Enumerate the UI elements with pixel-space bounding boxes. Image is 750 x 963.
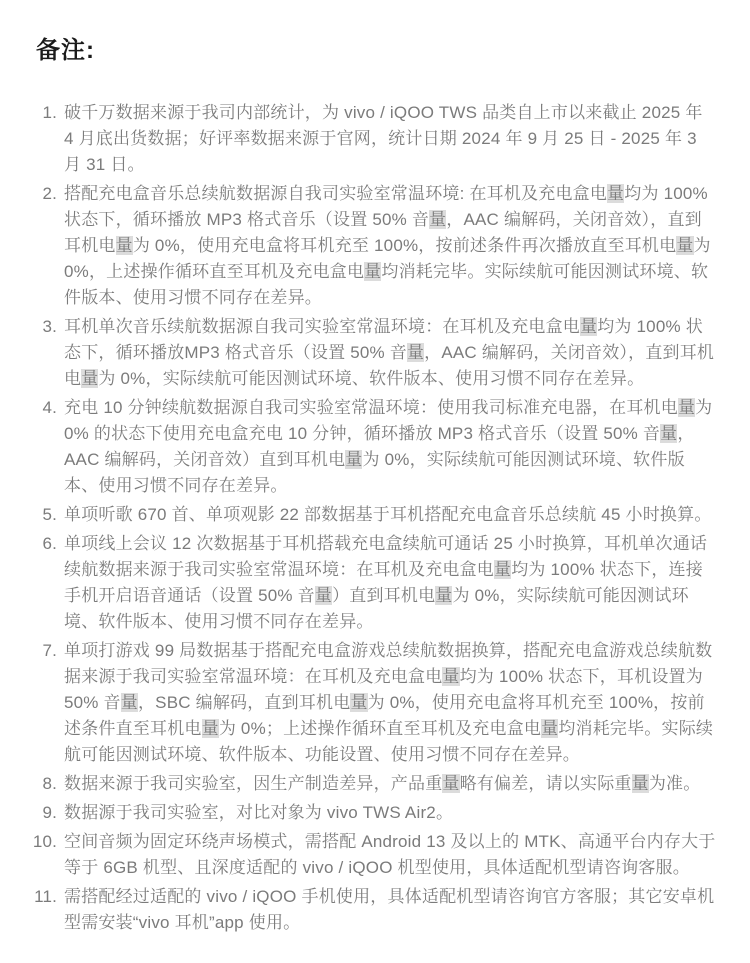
note-item-1: 破千万数据来源于我司内部统计，为 vivo / iQOO TWS 品类自上市以来…: [62, 100, 716, 178]
highlighted-char: 量: [607, 184, 624, 203]
highlighted-char: 量: [580, 317, 597, 336]
note-item-2: 搭配充电盒音乐总续航数据源自我司实验室常温环境: 在耳机及充电盒电量均为 100…: [62, 181, 716, 311]
note-item-4: 充电 10 分钟续航数据源自我司实验室常温环境：使用我司标准充电器，在耳机电量为…: [62, 395, 716, 499]
highlighted-char: 量: [429, 210, 446, 229]
highlighted-char: 量: [632, 774, 649, 793]
highlighted-char: 量: [678, 398, 695, 417]
highlighted-char: 量: [676, 236, 693, 255]
highlighted-char: 量: [442, 774, 459, 793]
highlighted-char: 量: [407, 343, 424, 362]
highlighted-char: 量: [541, 719, 558, 738]
highlighted-char: 量: [345, 450, 362, 469]
highlighted-char: 量: [494, 560, 511, 579]
highlighted-char: 量: [315, 586, 332, 605]
note-item-10: 空间音频为固定环绕声场模式，需搭配 Android 13 及以上的 MTK、高通…: [62, 829, 716, 881]
highlighted-char: 量: [350, 693, 367, 712]
highlighted-char: 量: [81, 369, 98, 388]
highlighted-char: 量: [364, 262, 381, 281]
note-item-11: 需搭配经过适配的 vivo / iQOO 手机使用，具体适配机型请咨询官方客服；…: [62, 884, 716, 936]
page-title: 备注:: [36, 36, 716, 66]
note-item-8: 数据来源于我司实验室，因生产制造差异，产品重量略有偏差，请以实际重量为准。: [62, 771, 716, 797]
note-item-3: 耳机单次音乐续航数据源自我司实验室常温环境：在耳机及充电盒电量均为 100% 状…: [62, 314, 716, 392]
highlighted-char: 量: [435, 586, 452, 605]
highlighted-char: 量: [442, 667, 459, 686]
note-item-7: 单项打游戏 99 局数据基于搭配充电盒游戏总续航数据换算，搭配充电盒游戏总续航数…: [62, 638, 716, 768]
notes-list: 破千万数据来源于我司内部统计，为 vivo / iQOO TWS 品类自上市以来…: [36, 100, 716, 936]
note-item-5: 单项听歌 670 首、单项观影 22 部数据基于耳机搭配充电盒音乐总续航 45 …: [62, 502, 716, 528]
highlighted-char: 量: [660, 424, 677, 443]
notes-section: 备注: 破千万数据来源于我司内部统计，为 vivo / iQOO TWS 品类自…: [0, 0, 750, 963]
highlighted-char: 量: [121, 693, 138, 712]
note-item-6: 单项线上会议 12 次数据基于耳机搭载充电盒续航可通话 25 小时换算，耳机单次…: [62, 531, 716, 635]
highlighted-char: 量: [202, 719, 219, 738]
highlighted-char: 量: [116, 236, 133, 255]
note-item-9: 数据源于我司实验室，对比对象为 vivo TWS Air2。: [62, 800, 716, 826]
